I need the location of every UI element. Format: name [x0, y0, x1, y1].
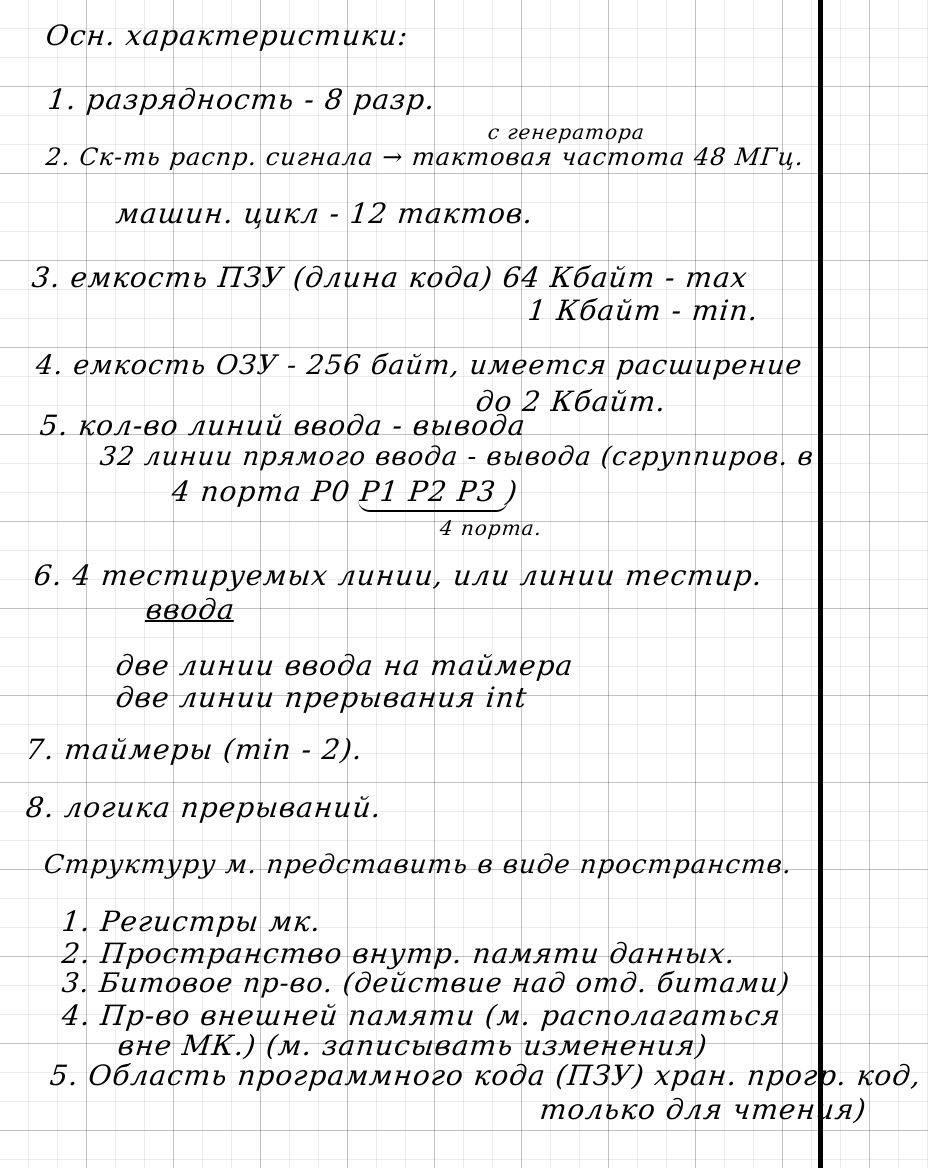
- item-text: кол-во линий ввода - вывода: [77, 409, 528, 442]
- item-text: Область программного кода (ПЗУ) хран. пр…: [87, 1059, 923, 1092]
- item-6-detail-1: две линии ввода на таймера: [115, 652, 575, 680]
- item-number: 2.: [60, 937, 92, 970]
- item-number: 8.: [24, 791, 56, 824]
- structure-item-1: 1. Регистры мк.: [61, 908, 323, 936]
- item-6-subline: ввода: [145, 596, 237, 624]
- item-number: 5.: [48, 1059, 80, 1092]
- structure-item-2: 2. Пространство внутр. памяти данных.: [61, 940, 737, 968]
- item-5-brace-label: 4 порта.: [439, 518, 543, 538]
- item-5: 5. кол-во линий ввода - вывода: [39, 412, 528, 440]
- item-8: 8. логика прерываний.: [25, 794, 383, 822]
- item-number: 2.: [45, 143, 73, 171]
- item-3-subline: 1 Кбайт - min.: [527, 297, 760, 325]
- item-text: Битовое пр-во. (действие над отд. битами…: [98, 968, 792, 999]
- item-number: 3.: [60, 968, 91, 999]
- item-text: 4 тестируемых линии, или линии тестир.: [71, 559, 764, 592]
- item-number: 6.: [32, 559, 64, 592]
- item-text: емкость ОЗУ - 256 байт, имеется расширен…: [72, 350, 804, 381]
- item-text: Пространство внутр. памяти данных.: [99, 937, 737, 970]
- notebook-page: Осн. характеристики: 1. разрядность - 8 …: [0, 0, 928, 1168]
- item-2-subline: машин. цикл - 12 тактов.: [115, 200, 535, 228]
- margin-line: [818, 0, 823, 1168]
- item-number: 4.: [34, 350, 65, 381]
- item-1: 1. разрядность - 8 разр.: [47, 86, 437, 114]
- item-text: логика прерываний.: [63, 791, 383, 824]
- item-text: Пр-во внешней памяти (м. располагаться: [99, 999, 783, 1032]
- item-number: 1.: [60, 905, 92, 938]
- item-number: 1.: [46, 83, 78, 116]
- item-2-annotation: с генератора: [487, 122, 646, 142]
- item-6-detail-2: две линии прерывания int: [115, 684, 529, 712]
- item-number: 3.: [30, 261, 62, 294]
- heading: Осн. характеристики:: [45, 22, 410, 50]
- structure-item-5-subline: только для чтения): [539, 1096, 868, 1124]
- item-4: 4. емкость ОЗУ - 256 байт, имеется расши…: [35, 352, 804, 379]
- item-text: емкость ПЗУ (длина кода) 64 Кбайт - max: [69, 261, 749, 294]
- item-number: 5.: [38, 409, 70, 442]
- structure-heading: Структуру м. представить в виде простран…: [43, 852, 794, 878]
- item-5-subline: 32 линии прямого ввода - вывода (сгруппи…: [99, 444, 816, 470]
- item-number: 7.: [24, 733, 56, 766]
- structure-item-4: 4. Пр-во внешней памяти (м. располагатьс…: [61, 1002, 783, 1030]
- item-text: таймеры (min - 2).: [63, 733, 365, 766]
- structure-item-5: 5. Область программного кода (ПЗУ) хран.…: [49, 1062, 923, 1090]
- ports-brace: [358, 500, 508, 512]
- item-text: Регистры мк.: [99, 905, 323, 938]
- item-3: 3. емкость ПЗУ (длина кода) 64 Кбайт - m…: [31, 264, 750, 292]
- item-text: разрядность - 8 разр.: [85, 83, 437, 116]
- item-text: Ск-ть распр. сигнала → тактовая частота …: [78, 143, 805, 171]
- structure-item-4-subline: вне МК.) (м. записывать изменения): [117, 1032, 709, 1060]
- item-2: 2. Ск-ть распр. сигнала → тактовая часто…: [45, 145, 806, 169]
- item-6: 6. 4 тестируемых линии, или линии тестир…: [33, 562, 765, 590]
- item-number: 4.: [60, 999, 92, 1032]
- item-7: 7. таймеры (min - 2).: [25, 736, 365, 764]
- structure-item-3: 3. Битовое пр-во. (действие над отд. бит…: [61, 970, 792, 997]
